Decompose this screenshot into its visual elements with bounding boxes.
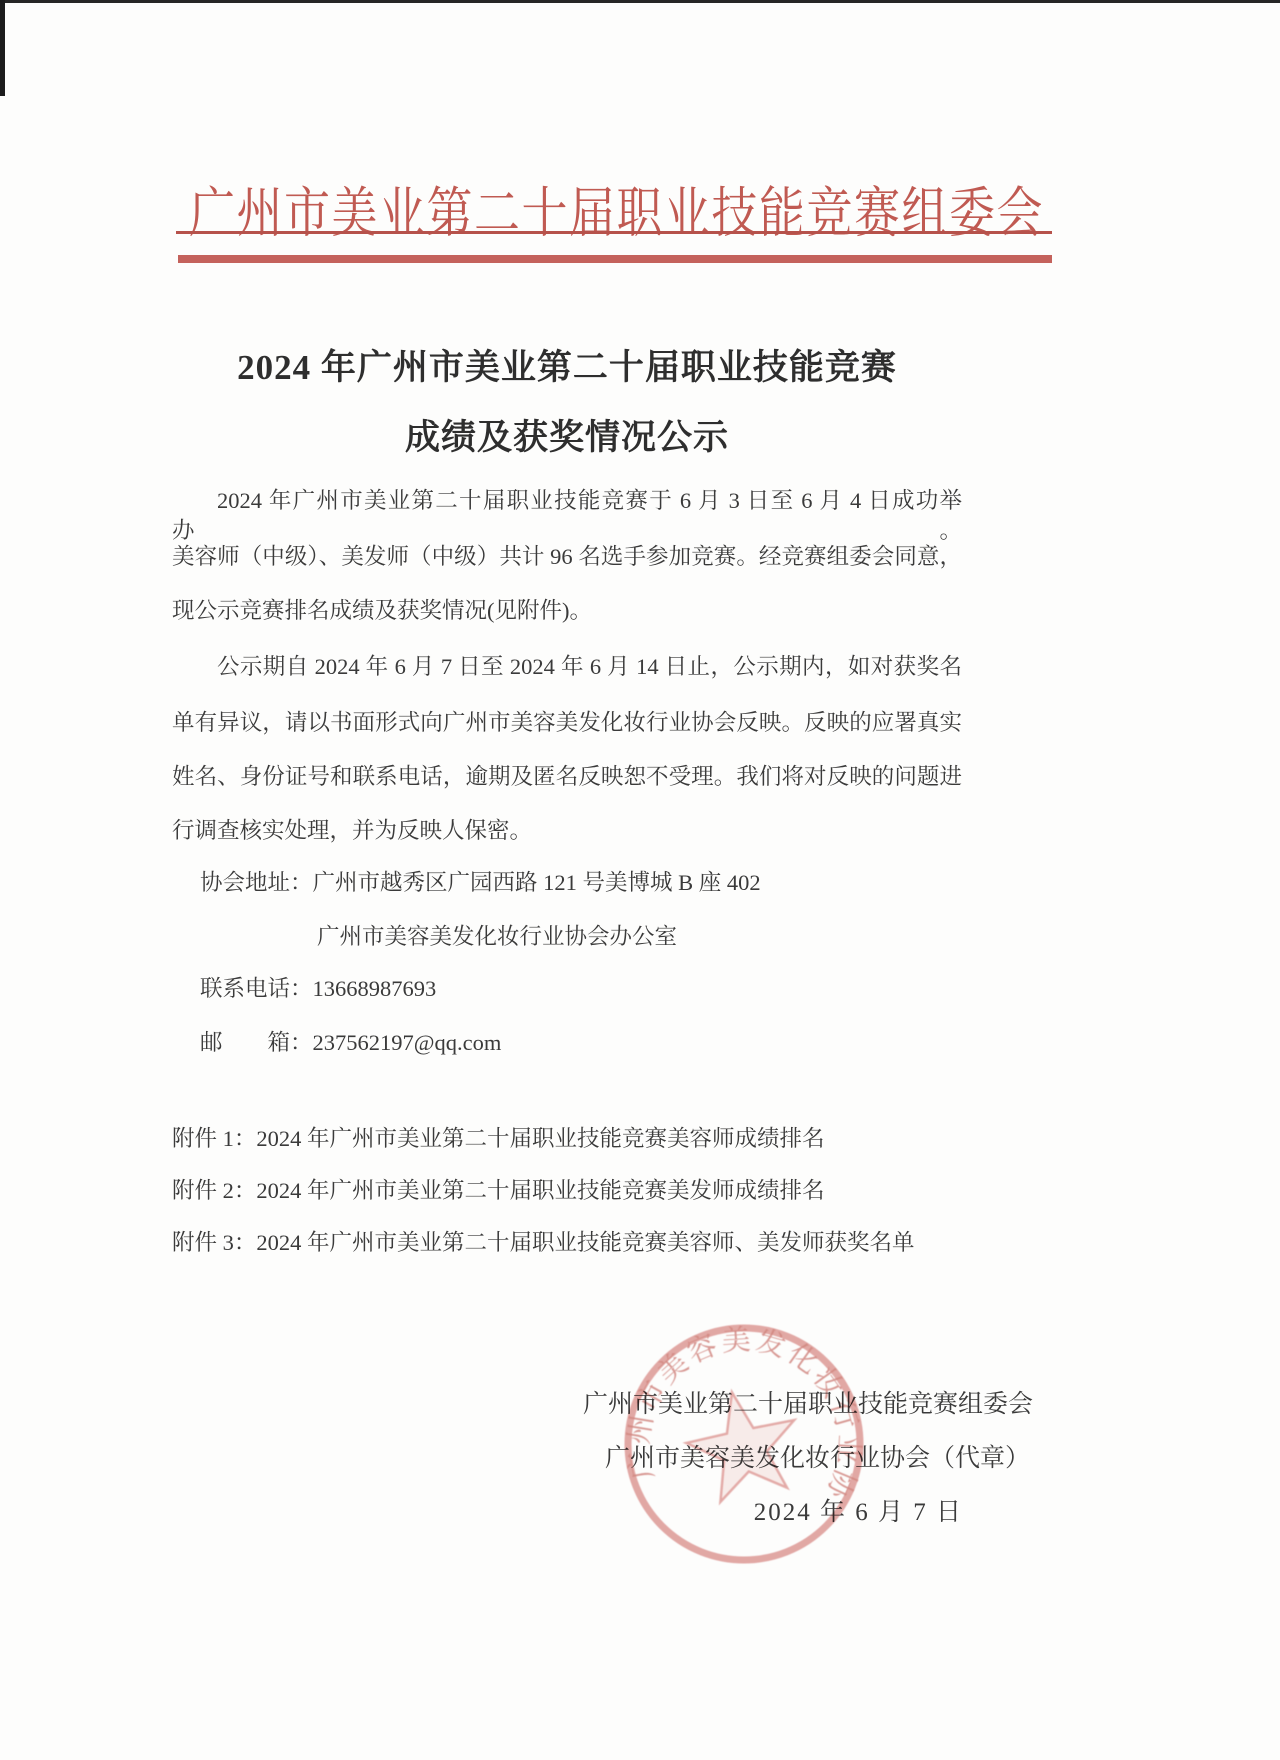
attachment-2: 附件 2：2024 年广州市美业第二十届职业技能竞赛美发师成绩排名 (172, 1176, 962, 1206)
attachment-1: 附件 1：2024 年广州市美业第二十届职业技能竞赛美容师成绩排名 (172, 1124, 962, 1154)
signature-committee: 广州市美业第二十届职业技能竞赛组委会 (583, 1392, 1033, 1417)
contact-email-value: 237562197@qq.com (313, 1030, 502, 1055)
paragraph2-line1: 公示期自 2024 年 6 月 7 日至 2024 年 6 月 14 日止，公示… (172, 652, 962, 682)
paragraph2-line3: 姓名、身份证号和联系电话，逾期及匿名反映恕不受理。我们将对反映的问题进 (172, 762, 962, 792)
contact-address-line2: 广州市美容美发化妆行业协会办公室 (172, 922, 1107, 952)
contact-phone-label: 联系电话： (200, 976, 313, 1001)
contact-address-line: 协会地址：广州市越秀区广园西路 121 号美博城 B 座 402 (172, 868, 990, 898)
scan-artifact-left (0, 0, 5, 96)
contact-phone-line: 联系电话：13668987693 (172, 974, 990, 1004)
paragraph2-line2: 单有异议，请以书面形式向广州市美容美发化妆行业协会反映。反映的应署真实 (172, 708, 962, 738)
contact-address-value: 广州市越秀区广园西路 121 号美博城 B 座 402 (313, 870, 761, 895)
paragraph1-line1: 2024 年广州市美业第二十届职业技能竞赛于 6 月 3 日至 6 月 4 日成… (172, 486, 962, 547)
letterhead-bar (178, 255, 1052, 263)
contact-phone-value: 13668987693 (313, 976, 437, 1001)
letterhead-underline (176, 231, 1052, 234)
signature-association: 广州市美容美发化妆行业协会（代章） (605, 1446, 1030, 1471)
letterhead-title: 广州市美业第二十届职业技能竞赛组委会 (189, 170, 1044, 248)
contact-email-label: 邮 箱： (200, 1030, 313, 1055)
document-page: 广州市美业第二十届职业技能竞赛组委会 2024 年广州市美业第二十届职业技能竞赛… (0, 0, 1280, 1760)
scan-artifact-top (0, 0, 1280, 3)
page-title-line2: 成绩及获奖情况公示 (172, 420, 962, 455)
paragraph2-line4: 行调查核实处理，并为反映人保密。 (172, 816, 962, 846)
official-seal: 广州市美容美发化妆行业协会 (621, 1321, 867, 1567)
attachment-3: 附件 3：2024 年广州市美业第二十届职业技能竞赛美容师、美发师获奖名单 (172, 1228, 962, 1258)
signature-date: 2024 年 6 月 7 日 (754, 1500, 963, 1525)
contact-address-label: 协会地址： (200, 870, 313, 895)
paragraph1-line2: 美容师（中级）、美发师（中级）共计 96 名选手参加竞赛。经竞赛组委会同意， (172, 542, 962, 572)
paragraph1-line3: 现公示竞赛排名成绩及获奖情况(见附件)。 (172, 596, 962, 626)
contact-email-line: 邮 箱：237562197@qq.com (172, 1028, 990, 1058)
page-title-line1: 2024 年广州市美业第二十届职业技能竞赛 (172, 350, 962, 385)
